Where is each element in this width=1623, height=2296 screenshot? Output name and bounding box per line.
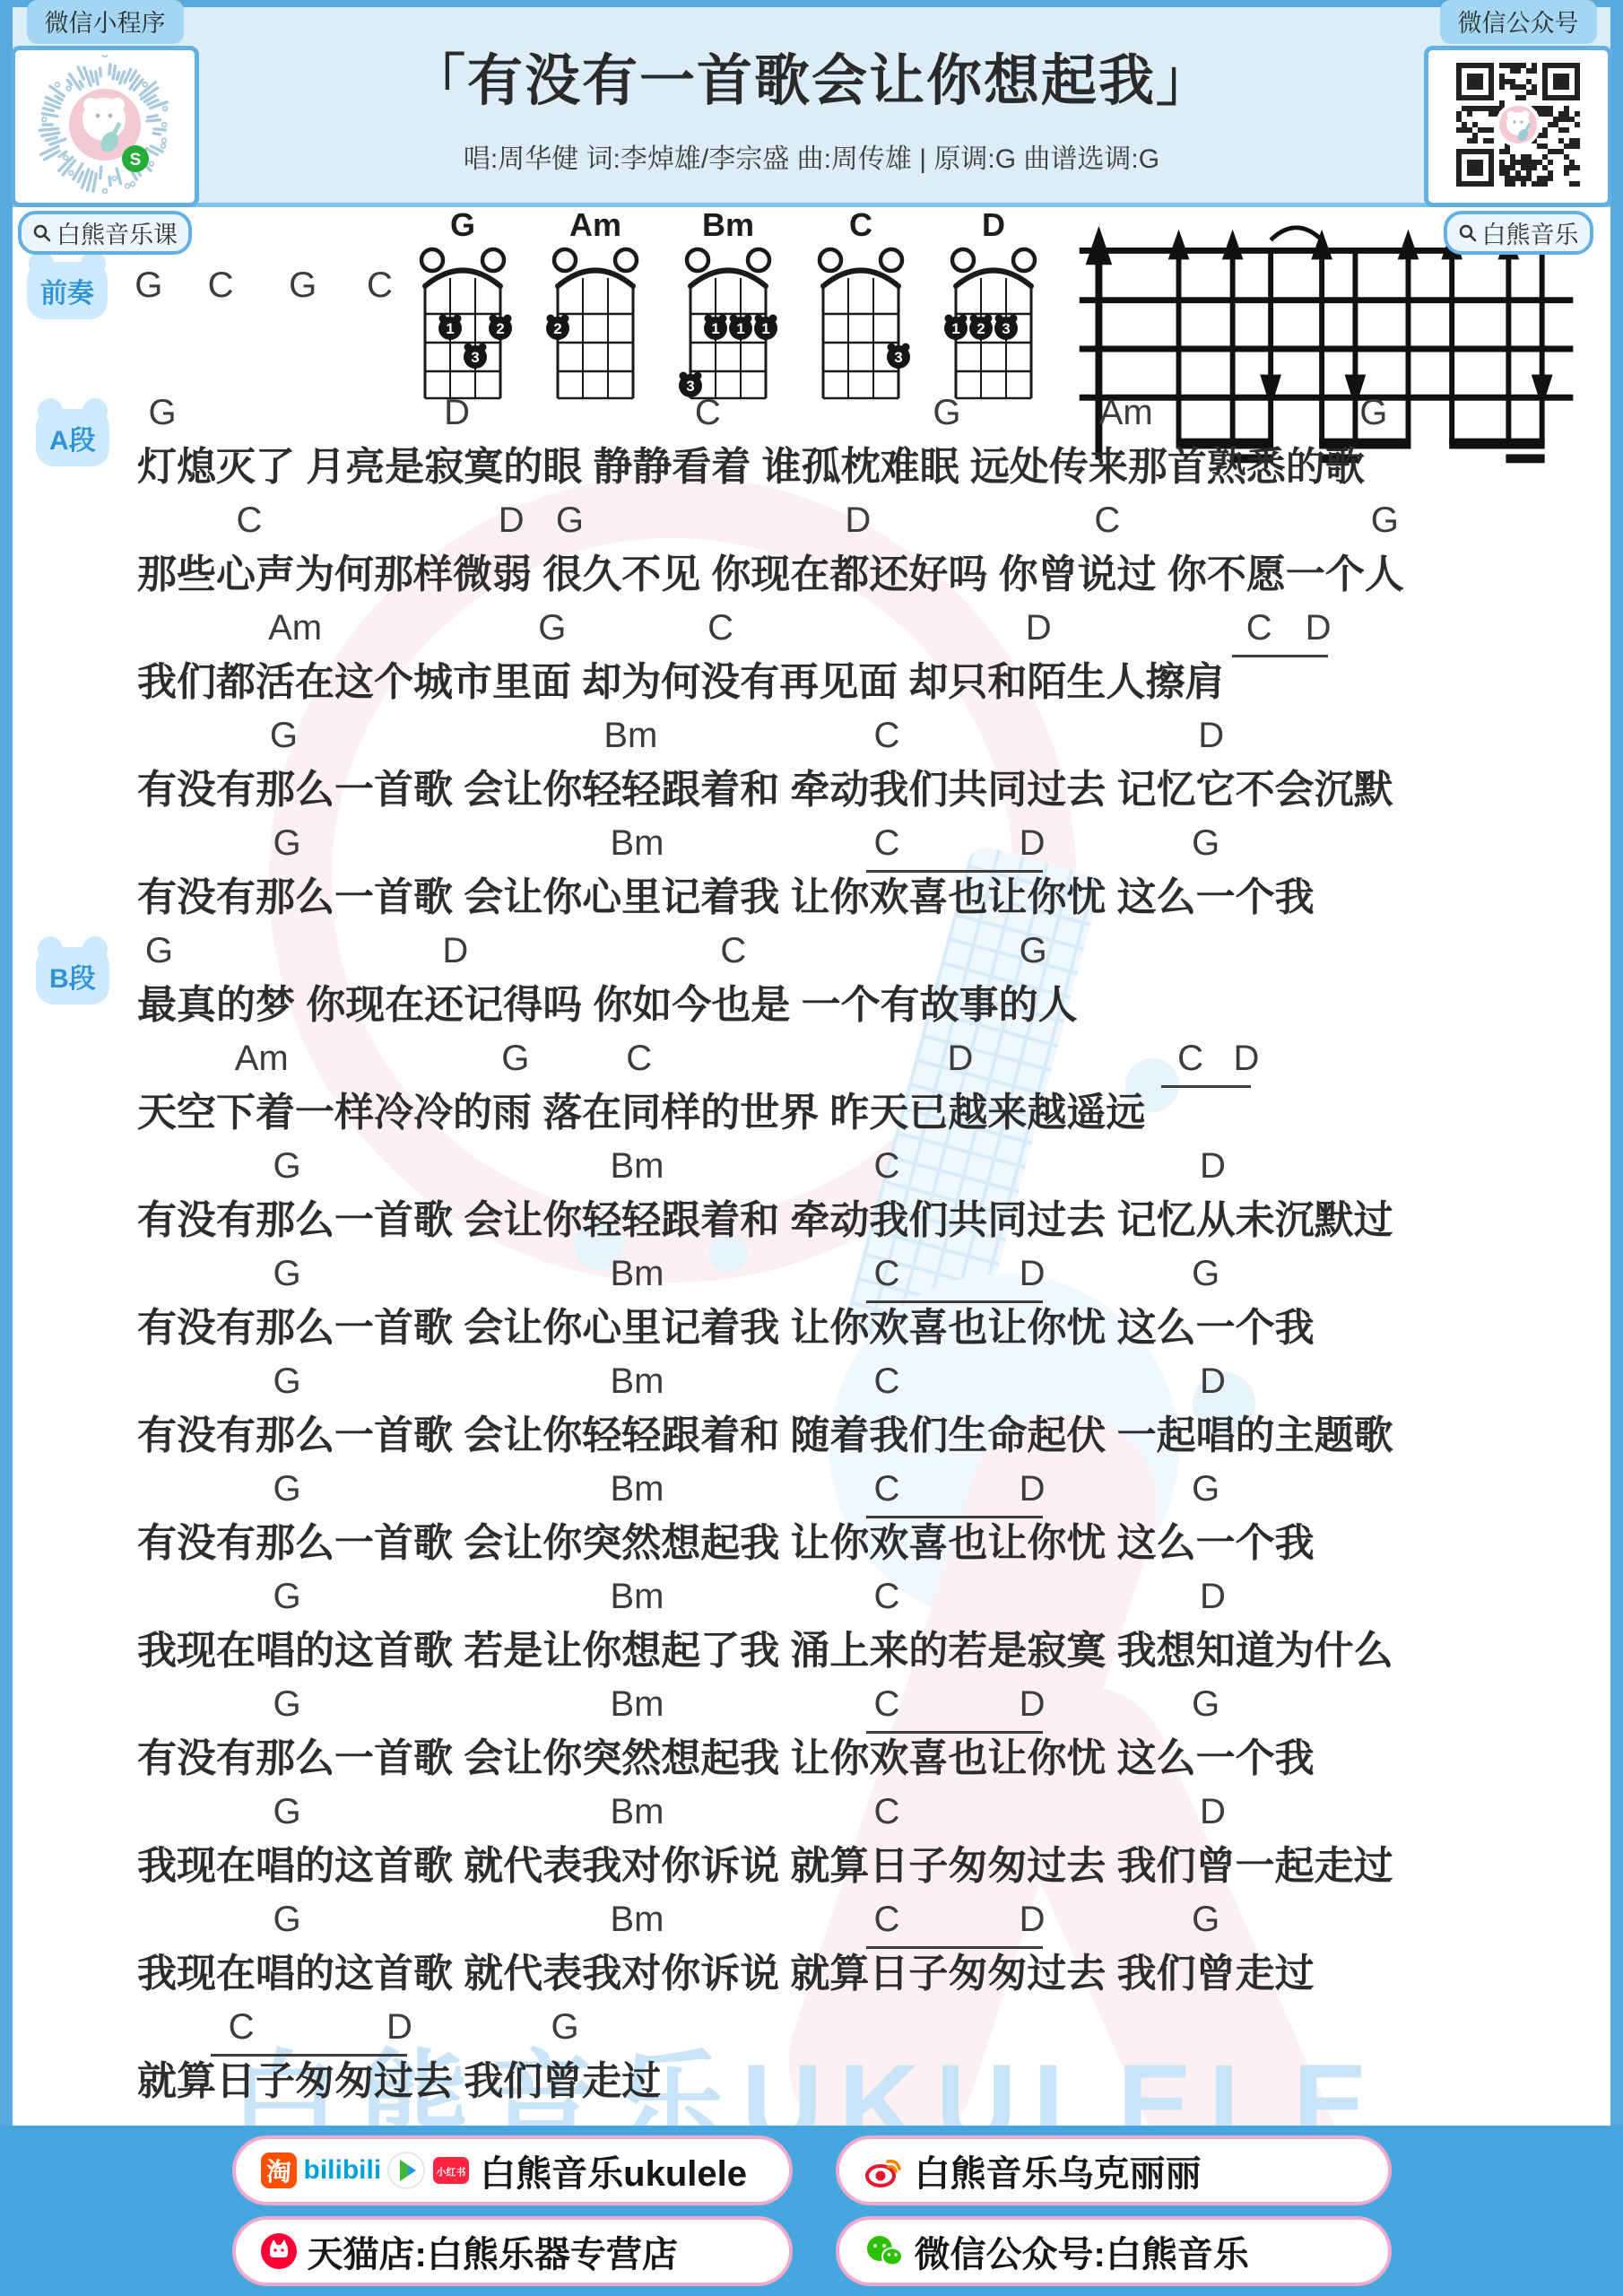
svg-text:1: 1 (446, 320, 454, 337)
svg-text:淘: 淘 (265, 2158, 291, 2186)
chord-lyric-row: CDG就算日子匆匆过去 我们曾走过 (13, 2009, 1610, 2117)
chord-line: CDGDCG (13, 502, 1610, 545)
footer-pill-text: 白熊音乐乌克丽丽 (915, 2145, 1202, 2196)
chord-label: G (273, 1471, 300, 1507)
chord-label: G (1192, 1686, 1219, 1722)
chord-label: Bm (610, 825, 664, 861)
lyric-line: 灯熄灭了 月亮是寂寞的眼 静静看着 谁孤枕难眠 远处传来那首熟悉的歌 (137, 445, 1365, 491)
lyric-line: 我现在唱的这首歌 若是让你想起了我 涌上来的若是寂寞 我想知道为什么 (137, 1629, 1393, 1674)
svg-text:S: S (130, 151, 142, 170)
chord-label: D (947, 1040, 973, 1076)
chord-diagram-name: D (936, 206, 1051, 244)
svg-text:3: 3 (1002, 320, 1010, 337)
chord-line: GBmCD (13, 1578, 1610, 1622)
chord-label: Bm (610, 1471, 664, 1507)
svg-text:1: 1 (761, 320, 769, 337)
chord-label: G (933, 395, 960, 430)
song-credits: 唱:周华健 词:李焯雄/李宗盛 曲:周传雄 | 原调:G 曲谱选调:G (179, 136, 1444, 176)
chord-label: C (367, 267, 393, 303)
chord-diagram-grid: 1113 (671, 244, 785, 404)
footer-pill: 白熊音乐乌克丽丽 (836, 2135, 1392, 2205)
chord-label: D (1200, 1578, 1226, 1614)
footer-pill-text: 白熊音乐ukulele (480, 2145, 747, 2196)
miniprogram-caption-text: 白熊音乐课 (56, 215, 178, 250)
qr-code-image (1447, 54, 1589, 200)
chord-label: G (1371, 502, 1399, 538)
search-icon (1458, 223, 1478, 243)
lyric-line: 有没有那么一首歌 会让你心里记着我 让你欢喜也让你忧 这么一个我 (137, 875, 1315, 921)
chord-label: G (289, 267, 317, 303)
svg-text:1: 1 (736, 320, 744, 337)
chord-label: G (273, 1256, 300, 1291)
chord-label: D (845, 502, 871, 538)
chord-lyric-row: AmGCDCD我们都活在这个城市里面 却为何没有再见面 却只和陌生人擦肩 (13, 610, 1610, 717)
chord-lyric-row: AmGCDCD天空下着一样冷冷的雨 落在同样的世界 昨天已越来越遥远 (13, 1040, 1610, 1148)
chord-label: G (273, 1148, 300, 1184)
search-icon (32, 223, 52, 243)
chord-label: G (273, 1363, 300, 1399)
chord-diagram: Bm1113 (671, 206, 785, 404)
chord-label: C (873, 825, 899, 861)
chord-label: D (1200, 1363, 1226, 1399)
chord-diagram-name: C (803, 206, 918, 244)
chord-underline (866, 870, 1044, 873)
chord-label: D (1200, 1148, 1226, 1184)
chord-diagram: G123 (405, 206, 520, 404)
chord-lyric-row: GBmCDG有没有那么一首歌 会让你心里记着我 让你欢喜也让你忧 这么一个我 (13, 1256, 1610, 1363)
section-label: B段 (36, 947, 109, 1004)
chord-label: D (1020, 1686, 1046, 1722)
chord-label: C (208, 267, 234, 303)
lyric-line: 有没有那么一首歌 会让你突然想起我 让你欢喜也让你忧 这么一个我 (137, 1521, 1315, 1567)
chord-label: D (1026, 610, 1052, 646)
tencent-video-icon (386, 2151, 426, 2190)
svg-text:2: 2 (976, 320, 985, 337)
chord-label: G (1192, 825, 1219, 861)
chord-label: G (273, 1901, 300, 1937)
chord-label: D (1020, 1256, 1046, 1291)
page-title: 「有没有一首歌会让你想起我」 (179, 36, 1444, 116)
svg-text:2: 2 (553, 320, 561, 337)
chord-label: C (1246, 610, 1272, 646)
chord-underline (1161, 1085, 1251, 1088)
chord-line: AmGCDCD (13, 610, 1610, 653)
frame-top (0, 0, 1623, 7)
chord-lyric-row: GBmCD有没有那么一首歌 会让你轻轻跟着和 牵动我们共同过去 记忆从未沉默过 (13, 1148, 1610, 1256)
chord-lyric-row: GBmCD有没有那么一首歌 会让你轻轻跟着和 随着我们生命起伏 一起唱的主题歌 (13, 1363, 1610, 1471)
chord-lyric-row: CDGDCG那些心声为何那样微弱 很久不见 你现在都还好吗 你曾说过 你不愿一个… (13, 502, 1610, 610)
chord-label: Bm (610, 1794, 664, 1830)
footer-pill: 微信公众号:白熊音乐 (836, 2216, 1392, 2286)
bilibili-icon: bilibili (304, 2155, 382, 2186)
chord-label: D (1020, 1901, 1046, 1937)
chord-lyric-row: GBmCD我现在唱的这首歌 就代表我对你诉说 就算日子匆匆过去 我们曾一起走过 (13, 1794, 1610, 1901)
chord-label: D (1020, 825, 1046, 861)
lyric-rows: A段GDCGAmG灯熄灭了 月亮是寂寞的眼 静静看着 谁孤枕难眠 远处传来那首熟… (13, 395, 1610, 2117)
chord-label: Bm (610, 1686, 664, 1722)
chord-underline (866, 1946, 1044, 1949)
chord-label: G (273, 1578, 300, 1614)
chord-line: GDCGAmG (13, 395, 1610, 438)
chord-line: GBmCDG (13, 825, 1610, 868)
chord-lyric-row: GBmCDG有没有那么一首歌 会让你突然想起我 让你欢喜也让你忧 这么一个我 (13, 1471, 1610, 1578)
chord-label: Bm (610, 1363, 664, 1399)
chord-label: G (501, 1040, 529, 1076)
chord-label: C (873, 1256, 899, 1291)
footer-pill-icons (259, 2231, 299, 2271)
chord-underline (1232, 655, 1328, 657)
footer-band: 淘bilibili小红书白熊音乐ukulele白熊音乐乌克丽丽天猫店:白熊乐器专… (0, 2126, 1623, 2296)
chord-line: GBmCD (13, 1148, 1610, 1191)
chord-underline (866, 1516, 1044, 1518)
footer-pill-grid: 淘bilibili小红书白熊音乐ukulele白熊音乐乌克丽丽天猫店:白熊乐器专… (232, 2135, 1392, 2286)
lyric-line: 我们都活在这个城市里面 却为何没有再见面 却只和陌生人擦肩 (137, 660, 1224, 706)
chord-label: Am (235, 1040, 289, 1076)
frame-left (0, 0, 13, 2296)
lyric-line: 我现在唱的这首歌 就代表我对你诉说 就算日子匆匆过去 我们曾走过 (137, 1952, 1315, 1997)
chord-label: G (273, 1686, 300, 1722)
chord-label: D (1200, 1794, 1226, 1830)
chord-underline (866, 1731, 1044, 1734)
chord-line: AmGCDCD (13, 1040, 1610, 1083)
chord-label: C (236, 502, 262, 538)
chord-label: C (873, 1686, 899, 1722)
chord-lyric-row: GBmCD有没有那么一首歌 会让你轻轻跟着和 牵动我们共同过去 记忆它不会沉默 (13, 717, 1610, 825)
chord-label: C (720, 933, 746, 969)
chord-label: C (626, 1040, 652, 1076)
chord-label: D (442, 933, 468, 969)
chord-diagram: C3 (803, 206, 918, 404)
weibo-icon (863, 2151, 906, 2190)
chord-label: D (386, 2009, 412, 2045)
chord-lyric-row: GBmCDG我现在唱的这首歌 就代表我对你诉说 就算日子匆匆过去 我们曾走过 (13, 1901, 1610, 2009)
chord-lyric-row: GBmCD我现在唱的这首歌 若是让你想起了我 涌上来的若是寂寞 我想知道为什么 (13, 1578, 1610, 1686)
chord-label: C (873, 1578, 899, 1614)
chord-diagram-grid: 123 (405, 244, 520, 404)
svg-text:3: 3 (686, 378, 694, 395)
footer-pill-text: 天猫店:白熊乐器专营店 (308, 2226, 678, 2277)
footer-pill: 淘bilibili小红书白熊音乐ukulele (232, 2135, 793, 2205)
chord-label: Am (1099, 395, 1153, 430)
chord-label: Bm (610, 1578, 664, 1614)
miniprogram-caption: 白熊音乐课 (18, 211, 192, 255)
lyric-line: 有没有那么一首歌 会让你轻轻跟着和 牵动我们共同过去 记忆从未沉默过 (137, 1198, 1393, 1244)
xiaohongshu-icon: 小红书 (431, 2151, 471, 2190)
lyric-line: 有没有那么一首歌 会让你轻轻跟着和 牵动我们共同过去 记忆它不会沉默 (137, 768, 1393, 813)
chord-line: GBmCDG (13, 1901, 1610, 1944)
chord-label: G (148, 395, 176, 430)
wechat-icon (863, 2231, 906, 2271)
chord-line: GBmCDG (13, 1686, 1610, 1729)
lyric-line: 最真的梦 你现在还记得吗 你如今也是 一个有故事的人 (137, 983, 1078, 1029)
chord-label: C (873, 1363, 899, 1399)
lyric-line: 有没有那么一首歌 会让你轻轻跟着和 随着我们生命起伏 一起唱的主题歌 (137, 1413, 1393, 1459)
chord-label: G (273, 1794, 300, 1830)
footer-pill-text: 微信公众号:白熊音乐 (915, 2226, 1249, 2277)
miniprogram-code: S (11, 46, 199, 207)
chord-label: G (1020, 933, 1047, 969)
footer-pill-icons: 淘bilibili小红书 (259, 2151, 472, 2190)
chord-label: Bm (610, 1901, 664, 1937)
chord-label: G (551, 2009, 579, 2045)
chord-diagram-grid: 123 (936, 244, 1051, 404)
chord-label: C (873, 1471, 899, 1507)
chord-label: C (695, 395, 721, 430)
chord-label: Am (268, 610, 322, 646)
svg-text:1: 1 (951, 320, 959, 337)
svg-text:1: 1 (711, 320, 719, 337)
chord-underline (866, 1300, 1044, 1303)
chord-label: D (499, 502, 525, 538)
chord-line: GBmCD (13, 717, 1610, 761)
lyric-line: 有没有那么一首歌 会让你突然想起我 让你欢喜也让你忧 这么一个我 (137, 1736, 1315, 1782)
chord-label: G (270, 717, 298, 753)
chord-diagram-strip: G123Am2Bm1113C3D123 (405, 206, 1051, 404)
miniprogram-tab-label: 微信小程序 (27, 0, 184, 44)
lyric-line: 天空下着一样冷冷的雨 落在同样的世界 昨天已越来越遥远 (137, 1091, 1145, 1136)
chord-label: D (1233, 1040, 1259, 1076)
chord-lyric-row: GBmCDG有没有那么一首歌 会让你心里记着我 让你欢喜也让你忧 这么一个我 (13, 825, 1610, 933)
qr-caption: 白熊音乐 (1444, 211, 1593, 255)
chord-label: Bm (603, 717, 657, 753)
chord-label: C (873, 717, 899, 753)
chord-label: D (1198, 717, 1224, 753)
chord-line: GBmCDG (13, 1471, 1610, 1514)
chord-diagram-grid: 2 (538, 244, 653, 404)
chord-lyric-row: B段GDCG最真的梦 你现在还记得吗 你如今也是 一个有故事的人 (13, 933, 1610, 1040)
chord-underline (211, 2054, 407, 2057)
chord-diagram: D123 (936, 206, 1051, 404)
chord-diagram-name: Bm (671, 206, 785, 244)
chord-label: C (873, 1148, 899, 1184)
chord-lyric-row: A段GDCGAmG灯熄灭了 月亮是寂寞的眼 静静看着 谁孤枕难眠 远处传来那首熟… (13, 395, 1610, 502)
chord-label: Bm (610, 1256, 664, 1291)
chord-label: G (1192, 1901, 1219, 1937)
lyric-line: 我现在唱的这首歌 就代表我对你诉说 就算日子匆匆过去 我们曾一起走过 (137, 1844, 1393, 1890)
chord-diagram-name: G (405, 206, 520, 244)
chord-line: GBmCD (13, 1363, 1610, 1406)
qr-code (1424, 46, 1612, 207)
miniprogram-badge: 微信小程序 S 白熊音乐课 (11, 0, 199, 255)
lyric-line: 就算日子匆匆过去 我们曾走过 (137, 2059, 661, 2105)
svg-text:3: 3 (894, 349, 902, 366)
chord-diagram-grid: 3 (803, 244, 918, 404)
chord-label: D (1020, 1471, 1046, 1507)
lyric-line: 有没有那么一首歌 会让你心里记着我 让你欢喜也让你忧 这么一个我 (137, 1306, 1315, 1352)
chord-label: C (873, 1794, 899, 1830)
chord-label: C (1094, 502, 1120, 538)
chord-line: CDG (13, 2009, 1610, 2052)
chord-label: Bm (610, 1148, 664, 1184)
qr-badge: 微信公众号 白熊音乐 (1424, 0, 1612, 255)
section-label: A段 (36, 409, 109, 466)
svg-text:3: 3 (471, 349, 479, 366)
chord-label: G (1359, 395, 1387, 430)
lyric-line: 那些心声为何那样微弱 很久不见 你现在都还好吗 你曾说过 你不愿一个人 (137, 552, 1404, 598)
chord-label: G (145, 933, 173, 969)
taobao-icon: 淘 (259, 2151, 299, 2190)
footer-pill: 天猫店:白熊乐器专营店 (232, 2216, 793, 2286)
chord-label: C (229, 2009, 255, 2045)
chord-sheet-page: 白熊音乐UKULELE 「有没有一首歌会让你想起我」 唱:周华健 词:李焯雄/李… (0, 0, 1623, 2296)
chord-label: G (1192, 1256, 1219, 1291)
footer-pill-icons (863, 2231, 906, 2271)
qr-caption-text: 白熊音乐 (1482, 215, 1579, 250)
footer-pill-icons (863, 2151, 906, 2190)
frame-right (1610, 0, 1623, 2296)
tmall-icon (259, 2231, 299, 2271)
chord-label: G (1192, 1471, 1219, 1507)
chord-label: D (444, 395, 470, 430)
chord-label: G (538, 610, 566, 646)
chord-line: GBmCD (13, 1794, 1610, 1837)
chord-diagram-name: Am (538, 206, 653, 244)
chord-diagram: Am2 (538, 206, 653, 404)
svg-text:2: 2 (496, 320, 504, 337)
chord-label: C (873, 1901, 899, 1937)
chord-line: GDCG (13, 933, 1610, 976)
chord-line: GBmCDG (13, 1256, 1610, 1299)
chord-label: G (273, 825, 300, 861)
chord-label: D (1306, 610, 1332, 646)
svg-text:小红书: 小红书 (437, 2166, 466, 2179)
chord-label: C (1177, 1040, 1203, 1076)
chord-label: G (556, 502, 584, 538)
chord-label: C (707, 610, 733, 646)
qr-tab-label: 微信公众号 (1440, 0, 1597, 44)
chord-label: G (135, 267, 162, 303)
miniprogram-code-image: S (35, 55, 175, 199)
chord-lyric-row: GBmCDG有没有那么一首歌 会让你突然想起我 让你欢喜也让你忧 这么一个我 (13, 1686, 1610, 1794)
